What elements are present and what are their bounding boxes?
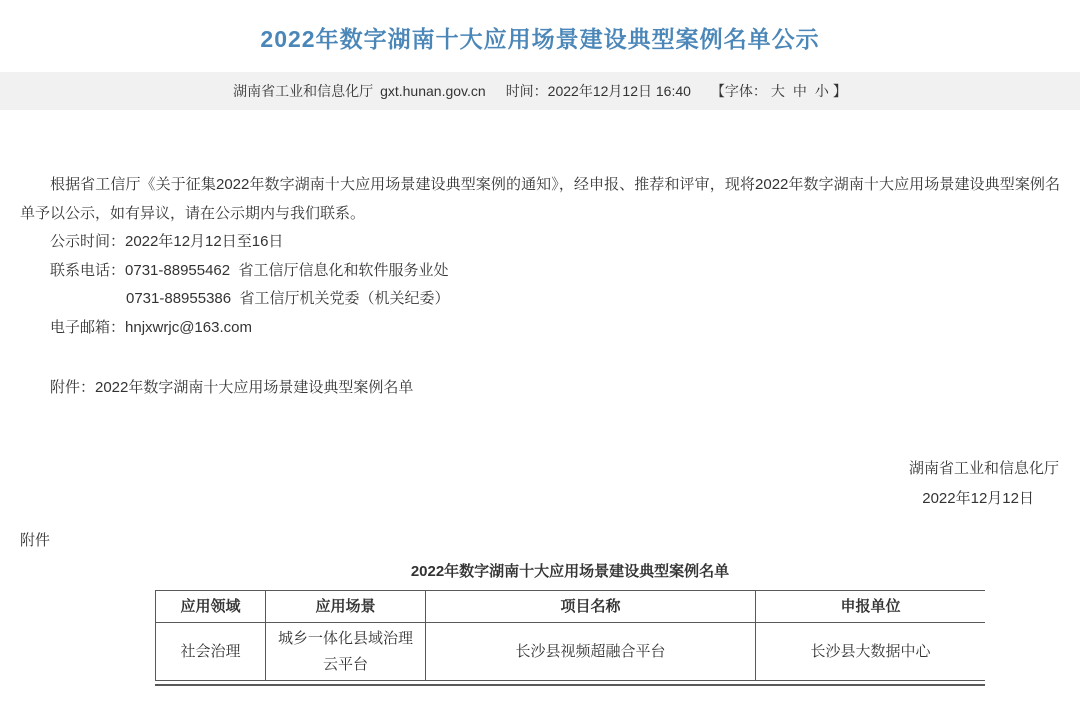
appendix-label: 附件 [20,527,1060,555]
publish-time: 时间：2022年12月12日 16:40 [506,81,691,101]
announcement-page: 2022年数字湖南十大应用场景建设典型案例名单公示 湖南省工业和信息化厅 gxt… [0,0,1080,711]
signature-block: 湖南省工业和信息化厅 2022年12月12日 [20,454,1060,514]
table-caption: 2022年数字湖南十大应用场景建设典型案例名单 [155,560,985,584]
table-row: 社会治理 城乡一体化县域治理云平台 长沙县视频超融合平台 长沙县大数据中心 [156,623,986,681]
font-size-medium[interactable]: 中 [793,81,807,101]
attachment-reference-line: 附件：2022年数字湖南十大应用场景建设典型案例名单 [20,374,1060,402]
header-declaring-unit: 申报单位 [756,591,986,623]
font-size-chooser: 【字体： 大 中 小 】 [711,81,847,101]
cell-project-name: 长沙县视频超融合平台 [426,623,756,681]
meta-bar: 湖南省工业和信息化厅 gxt.hunan.gov.cn 时间：2022年12月1… [0,72,1080,110]
contact-phone-line-1: 联系电话：0731-88955462 省工信厅信息化和软件服务业处 [20,257,1060,286]
main-paragraph: 根据省工信厅《关于征集2022年数字湖南十大应用场景建设典型案例的通知》，经申报… [20,170,1060,228]
email-line: 电子邮箱：hnjxwrjc@163.com [20,314,1060,343]
signature-date: 2022年12月12日 [20,484,1060,514]
case-list-table: 应用领域 应用场景 项目名称 申报单位 社会治理 城乡一体化县域治理云平台 长沙… [155,590,985,681]
appendix-table-area: 2022年数字湖南十大应用场景建设典型案例名单 应用领域 应用场景 项目名称 申… [155,560,985,686]
header-project-name: 项目名称 [426,591,756,623]
clipped-next-row-border [155,684,985,686]
signature-organization: 湖南省工业和信息化厅 [20,454,1060,484]
source-name: 湖南省工业和信息化厅 [233,81,373,101]
font-size-large[interactable]: 大 [771,81,785,101]
document-content: 根据省工信厅《关于征集2022年数字湖南十大应用场景建设典型案例的通知》，经申报… [0,170,1080,686]
cell-application-scene: 城乡一体化县域治理云平台 [266,623,426,681]
page-title: 2022年数字湖南十大应用场景建设典型案例名单公示 [0,0,1080,54]
cell-application-field: 社会治理 [156,623,266,681]
table-header-row: 应用领域 应用场景 项目名称 申报单位 [156,591,986,623]
publicity-period-line: 公示时间：2022年12月12日至16日 [20,228,1060,257]
header-application-scene: 应用场景 [266,591,426,623]
font-chooser-suffix: 】 [833,81,847,101]
email-label: 电子邮箱： [50,319,125,336]
font-chooser-prefix: 【字体： [711,81,767,101]
header-application-field: 应用领域 [156,591,266,623]
email-value: hnjxwrjc@163.com [125,319,252,336]
contact-phone-line-2: 0731-88955386 省工信厅机关党委（机关纪委） [20,285,1060,314]
font-size-small[interactable]: 小 [815,81,829,101]
contact-label: 联系电话： [50,262,125,279]
source-url-link[interactable]: gxt.hunan.gov.cn [380,83,486,99]
table-viewport: 应用领域 应用场景 项目名称 申报单位 社会治理 城乡一体化县域治理云平台 长沙… [155,590,985,686]
cell-declaring-unit: 长沙县大数据中心 [756,623,986,681]
contact-phone-1: 0731-88955462 省工信厅信息化和软件服务业处 [125,262,448,279]
